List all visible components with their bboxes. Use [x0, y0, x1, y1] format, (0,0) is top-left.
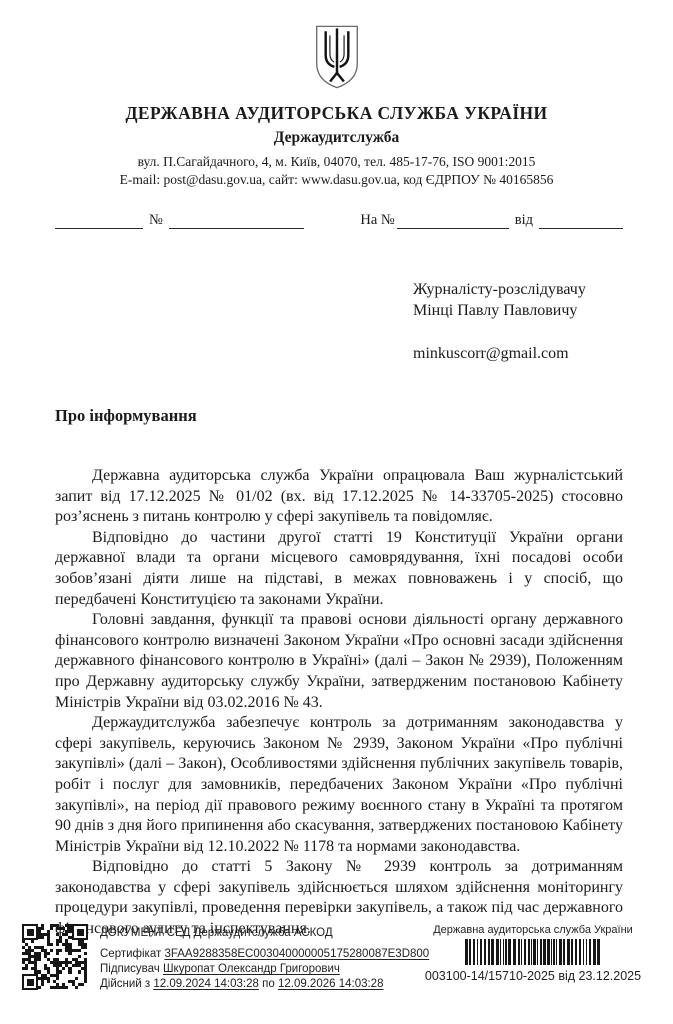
organization-contacts: E-mail: post@dasu.gov.ua, сайт: www.dasu… [0, 172, 673, 188]
number-label: № [149, 212, 163, 229]
reply-to-label: На № [360, 212, 394, 229]
valid-to-date: 12.09.2026 14:03:28 [278, 978, 384, 990]
certificate-line: Сертифікат 3FAA9288358EC0030400000051752… [100, 947, 429, 962]
from-date-blank-field [539, 214, 623, 229]
barcode [449, 939, 617, 965]
recipient-email: minkuscorr@gmail.com [413, 343, 623, 364]
body-paragraph: Головні завдання, функції та правові осн… [55, 610, 623, 713]
incoming-number-fields: На № від [354, 212, 623, 229]
document-footer: ДОКУМЕНТ СЕД Держаудитслужба АСКОД Серти… [22, 918, 657, 1010]
stamp-organization: Державна аудиторська служба України [409, 924, 657, 936]
signer-name: Шкуропат Олександр Григорович [163, 963, 340, 975]
letterhead: ДЕРЖАВНА АУДИТОРСЬКА СЛУЖБА УКРАЇНИ Держ… [0, 0, 673, 188]
reference-line: № На № від [55, 212, 623, 229]
qr-finder-icon [22, 924, 38, 940]
validity-label: Дійсний з [100, 978, 150, 990]
number-blank-field [169, 214, 304, 229]
certificate-label: Сертифікат [100, 948, 161, 960]
recipient-role: Журналісту-розслідувачу [413, 279, 623, 300]
qr-code [22, 924, 88, 990]
body-paragraph: Держаудитслужба забезпечує контроль за д… [55, 713, 623, 857]
registration-number: 003100-14/15710-2025 від 23.12.2025 [409, 969, 657, 983]
recipient-name: Мінці Павлу Павловичу [413, 300, 623, 321]
certificate-value: 3FAA9288358EC003040000005175280087E3D800 [164, 948, 429, 960]
from-date-label: від [515, 212, 533, 229]
signer-line: Підписувач Шкуропат Олександр Григорович [100, 962, 429, 977]
signer-label: Підписувач [100, 963, 160, 975]
ukraine-trident-emblem [312, 24, 362, 90]
registration-stamp: Державна аудиторська служба України 0031… [409, 924, 657, 983]
qr-finder-icon [72, 924, 88, 940]
organization-short-name: Держаудитслужба [0, 129, 673, 147]
digital-signature-block: ДОКУМЕНТ СЕД Держаудитслужба АСКОД Серти… [22, 918, 429, 992]
letter-body: Державна аудиторська служба України опра… [55, 466, 623, 940]
date-blank-field [55, 214, 143, 229]
outgoing-number-fields: № [55, 212, 304, 229]
sed-system-line: ДОКУМЕНТ СЕД Держаудитслужба АСКОД [100, 926, 429, 941]
signature-details: ДОКУМЕНТ СЕД Держаудитслужба АСКОД Серти… [100, 918, 429, 992]
subject-line: Про інформування [55, 406, 623, 426]
qr-finder-icon [22, 974, 38, 990]
body-paragraph: Державна аудиторська служба України опра… [55, 466, 623, 528]
reply-number-blank-field [397, 214, 509, 229]
valid-from-date: 12.09.2024 14:03:28 [153, 978, 259, 990]
organization-name: ДЕРЖАВНА АУДИТОРСЬКА СЛУЖБА УКРАЇНИ [0, 103, 673, 124]
organization-address: вул. П.Сагайдачного, 4, м. Київ, 04070, … [0, 154, 673, 170]
recipient-block: Журналісту-розслідувачу Мінці Павлу Павл… [413, 279, 623, 364]
valid-to-label: по [262, 978, 275, 990]
validity-line: Дійсний з 12.09.2024 14:03:28 по 12.09.2… [100, 977, 429, 992]
body-paragraph: Відповідно до частини другої статті 19 К… [55, 528, 623, 610]
document-page: ДЕРЖАВНА АУДИТОРСЬКА СЛУЖБА УКРАЇНИ Держ… [0, 0, 673, 1024]
